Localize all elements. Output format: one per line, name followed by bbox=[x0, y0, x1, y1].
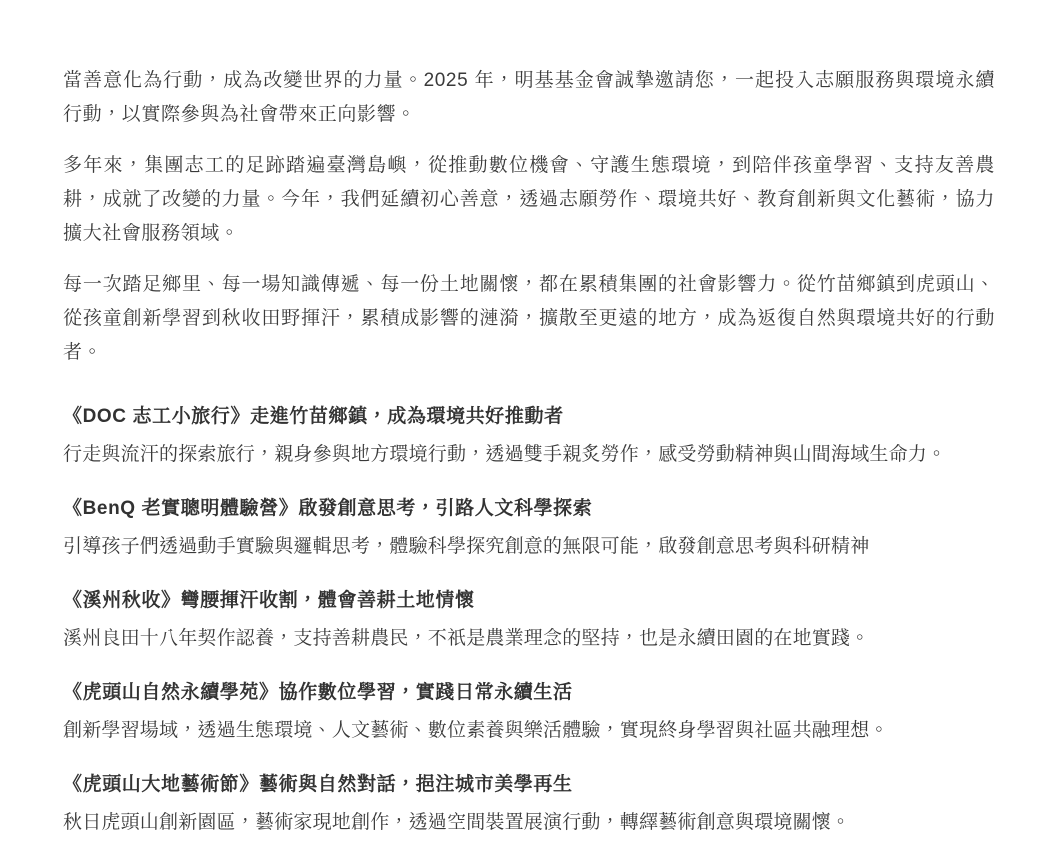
program-section: 《虎頭山自然永續學苑》協作數位學習，實踐日常永續生活 創新學習場域，透過生態環境… bbox=[63, 676, 995, 748]
page: 當善意化為行動，成為改變世界的力量。2025 年，明基基金會誠摯邀請您，一起投入… bbox=[0, 0, 1050, 859]
program-title: 《溪州秋收》彎腰揮汗收割，體會善耕土地情懷 bbox=[63, 584, 995, 618]
intro-paragraph: 當善意化為行動，成為改變世界的力量。2025 年，明基基金會誠摯邀請您，一起投入… bbox=[63, 64, 995, 132]
intro-paragraph: 多年來，集團志工的足跡踏遍臺灣島嶼，從推動數位機會、守護生態環境，到陪伴孩童學習… bbox=[63, 149, 995, 251]
program-title: 《虎頭山自然永續學苑》協作數位學習，實踐日常永續生活 bbox=[63, 676, 995, 710]
program-section: 《溪州秋收》彎腰揮汗收割，體會善耕土地情懷 溪州良田十八年契作認養，支持善耕農民… bbox=[63, 584, 995, 656]
program-description: 溪州良田十八年契作認養，支持善耕農民，不祇是農業理念的堅持，也是永續田園的在地實… bbox=[63, 622, 995, 656]
program-title: 《虎頭山大地藝術節》藝術與自然對話，挹注城市美學再生 bbox=[63, 768, 995, 802]
program-description: 創新學習場域，透過生態環境、人文藝術、數位素養與樂活體驗，實現終身學習與社區共融… bbox=[63, 714, 995, 748]
program-title: 《DOC 志工小旅行》走進竹苗鄉鎮，成為環境共好推動者 bbox=[63, 400, 995, 434]
program-description: 引導孩子們透過動手實驗與邏輯思考，體驗科學探究創意的無限可能，啟發創意思考與科研… bbox=[63, 530, 995, 564]
program-description: 行走與流汗的探索旅行，親身參與地方環境行動，透過雙手親炙勞作，感受勞動精神與山間… bbox=[63, 438, 995, 472]
program-section: 《BenQ 老實聰明體驗營》啟發創意思考，引路人文科學探索 引導孩子們透過動手實… bbox=[63, 492, 995, 564]
article-content: 當善意化為行動，成為改變世界的力量。2025 年，明基基金會誠摯邀請您，一起投入… bbox=[63, 0, 995, 840]
program-description: 秋日虎頭山創新園區，藝術家現地創作，透過空間裝置展演行動，轉繹藝術創意與環境關懷… bbox=[63, 806, 995, 840]
program-list: 《DOC 志工小旅行》走進竹苗鄉鎮，成為環境共好推動者 行走與流汗的探索旅行，親… bbox=[63, 400, 995, 840]
program-title: 《BenQ 老實聰明體驗營》啟發創意思考，引路人文科學探索 bbox=[63, 492, 995, 526]
program-section: 《虎頭山大地藝術節》藝術與自然對話，挹注城市美學再生 秋日虎頭山創新園區，藝術家… bbox=[63, 768, 995, 840]
intro-paragraph: 每一次踏足鄉里、每一場知識傳遞、每一份土地關懷，都在累積集團的社會影響力。從竹苗… bbox=[63, 268, 995, 370]
program-section: 《DOC 志工小旅行》走進竹苗鄉鎮，成為環境共好推動者 行走與流汗的探索旅行，親… bbox=[63, 400, 995, 472]
